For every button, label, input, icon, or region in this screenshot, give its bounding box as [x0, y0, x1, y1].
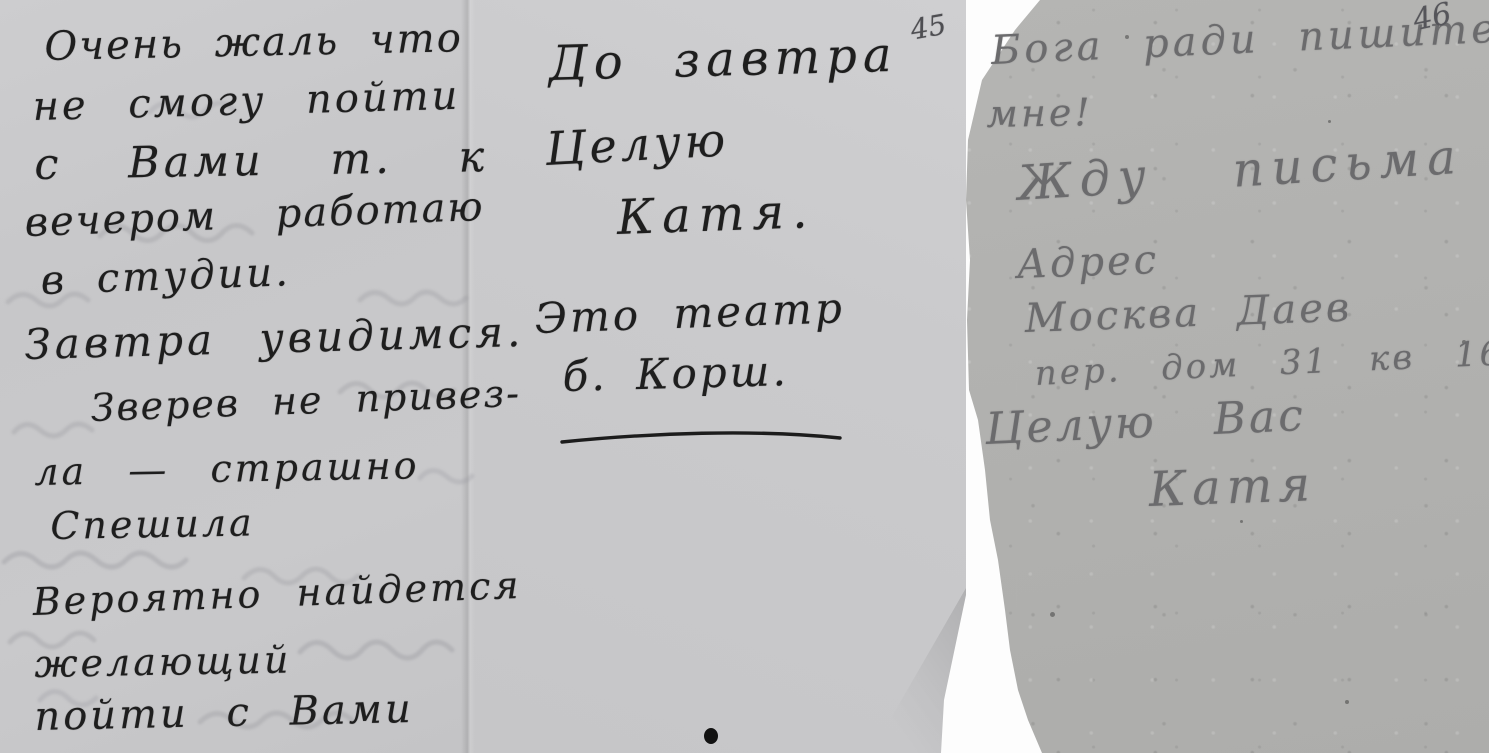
signature-katya: Катя. — [616, 183, 816, 246]
handwriting-line: Спешила — [50, 500, 255, 548]
handwriting-line: б. Корш. — [562, 346, 789, 401]
paper-speck — [1050, 612, 1055, 617]
handwriting-line: Целую — [544, 112, 730, 176]
handwriting-line: ла — страшно — [34, 443, 420, 494]
handwriting-line: мне! — [986, 90, 1093, 136]
paper-speck — [1240, 520, 1243, 523]
signature-katya: Катя — [1148, 456, 1317, 518]
paper-speck — [1328, 120, 1331, 123]
handwriting-line: Очень жаль что — [44, 15, 463, 70]
handwriting-line: пойти с Вами — [34, 686, 414, 740]
handwriting-line: в студии. — [40, 249, 292, 304]
paper-speck — [1345, 700, 1349, 704]
handwriting-line: Адрес — [1016, 237, 1160, 288]
folded-corner — [871, 588, 966, 753]
handwriting-line: с Вами т. к — [34, 132, 489, 190]
archive-page-number: 45 — [908, 8, 949, 47]
letter-scan: Очень жаль что не смогу пойти с Вами т. … — [0, 0, 1489, 753]
handwriting-line: До завтра — [548, 27, 898, 92]
handwriting-line: желающий — [34, 638, 292, 686]
